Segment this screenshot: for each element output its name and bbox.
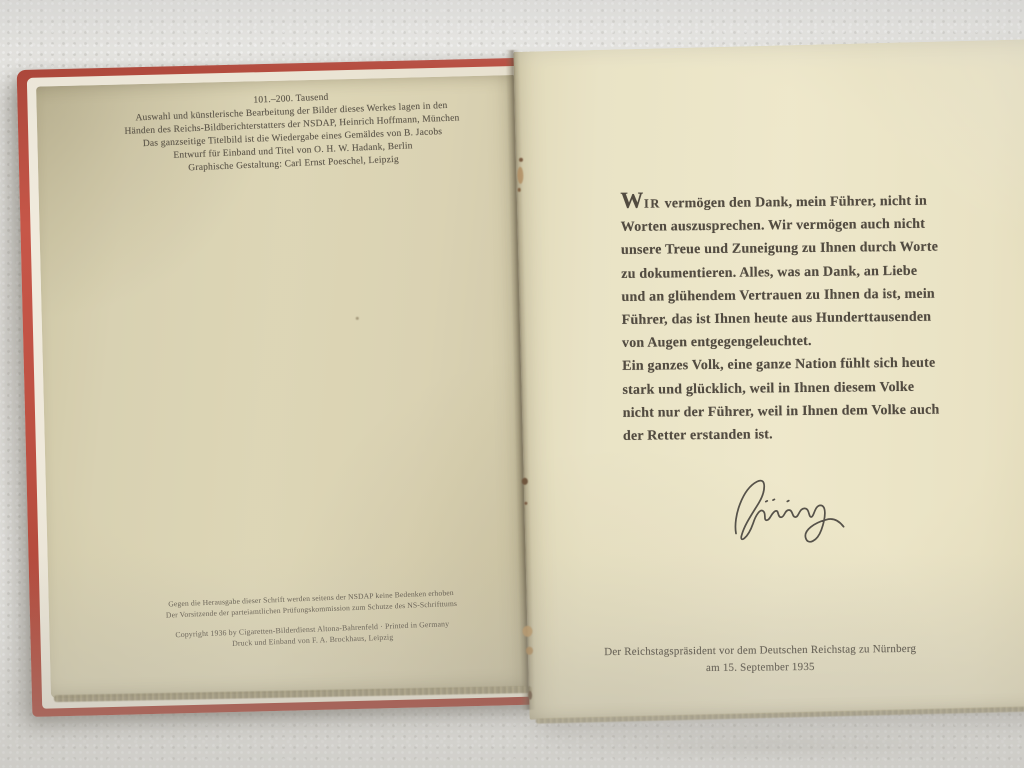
goering-signature <box>725 471 848 554</box>
right-page: WIR vermögen den Dank, mein Führer, nich… <box>513 38 1024 720</box>
left-page: 101.–200. Tausend Auswahl und künstleris… <box>36 75 529 698</box>
imprint-copyright-text: Copyright 1936 by Cigaretten-Bilderdiens… <box>112 616 513 655</box>
dust-speck <box>356 317 359 320</box>
dedication-paragraph-2: Ein ganzes Volk, eine ganze Nation fühlt… <box>622 352 969 448</box>
left-page-content: 101.–200. Tausend Auswahl und künstleris… <box>31 71 533 702</box>
foxing-spot <box>524 502 527 505</box>
photo-caption: Der Reichstagspräsident vor dem Deutsche… <box>570 640 950 678</box>
dedication-text: WIR vermögen den Dank, mein Führer, nich… <box>620 185 969 471</box>
right-page-content: WIR vermögen den Dank, mein Führer, nich… <box>518 42 1024 716</box>
dedication-paragraph-1: vermögen den Dank, mein Führer, nicht in… <box>621 194 938 351</box>
foxing-spot <box>528 691 532 700</box>
dedication-smallcaps: IR <box>644 196 661 210</box>
photo-scene: 101.–200. Tausend Auswahl und künstleris… <box>0 0 1024 768</box>
foxing-spot <box>517 167 523 184</box>
foxing-spot <box>519 158 523 162</box>
foxing-spot <box>522 478 528 485</box>
fabric-fold-shadow <box>540 735 1000 757</box>
foxing-spot <box>518 188 521 192</box>
dedication-initial: W <box>620 188 644 213</box>
colophon-text: 101.–200. Tausend Auswahl und künstleris… <box>101 86 484 179</box>
imprint-block: Gegen die Herausgabe dieser Schrift werd… <box>111 585 513 655</box>
open-book: 101.–200. Tausend Auswahl und künstleris… <box>8 22 1024 748</box>
